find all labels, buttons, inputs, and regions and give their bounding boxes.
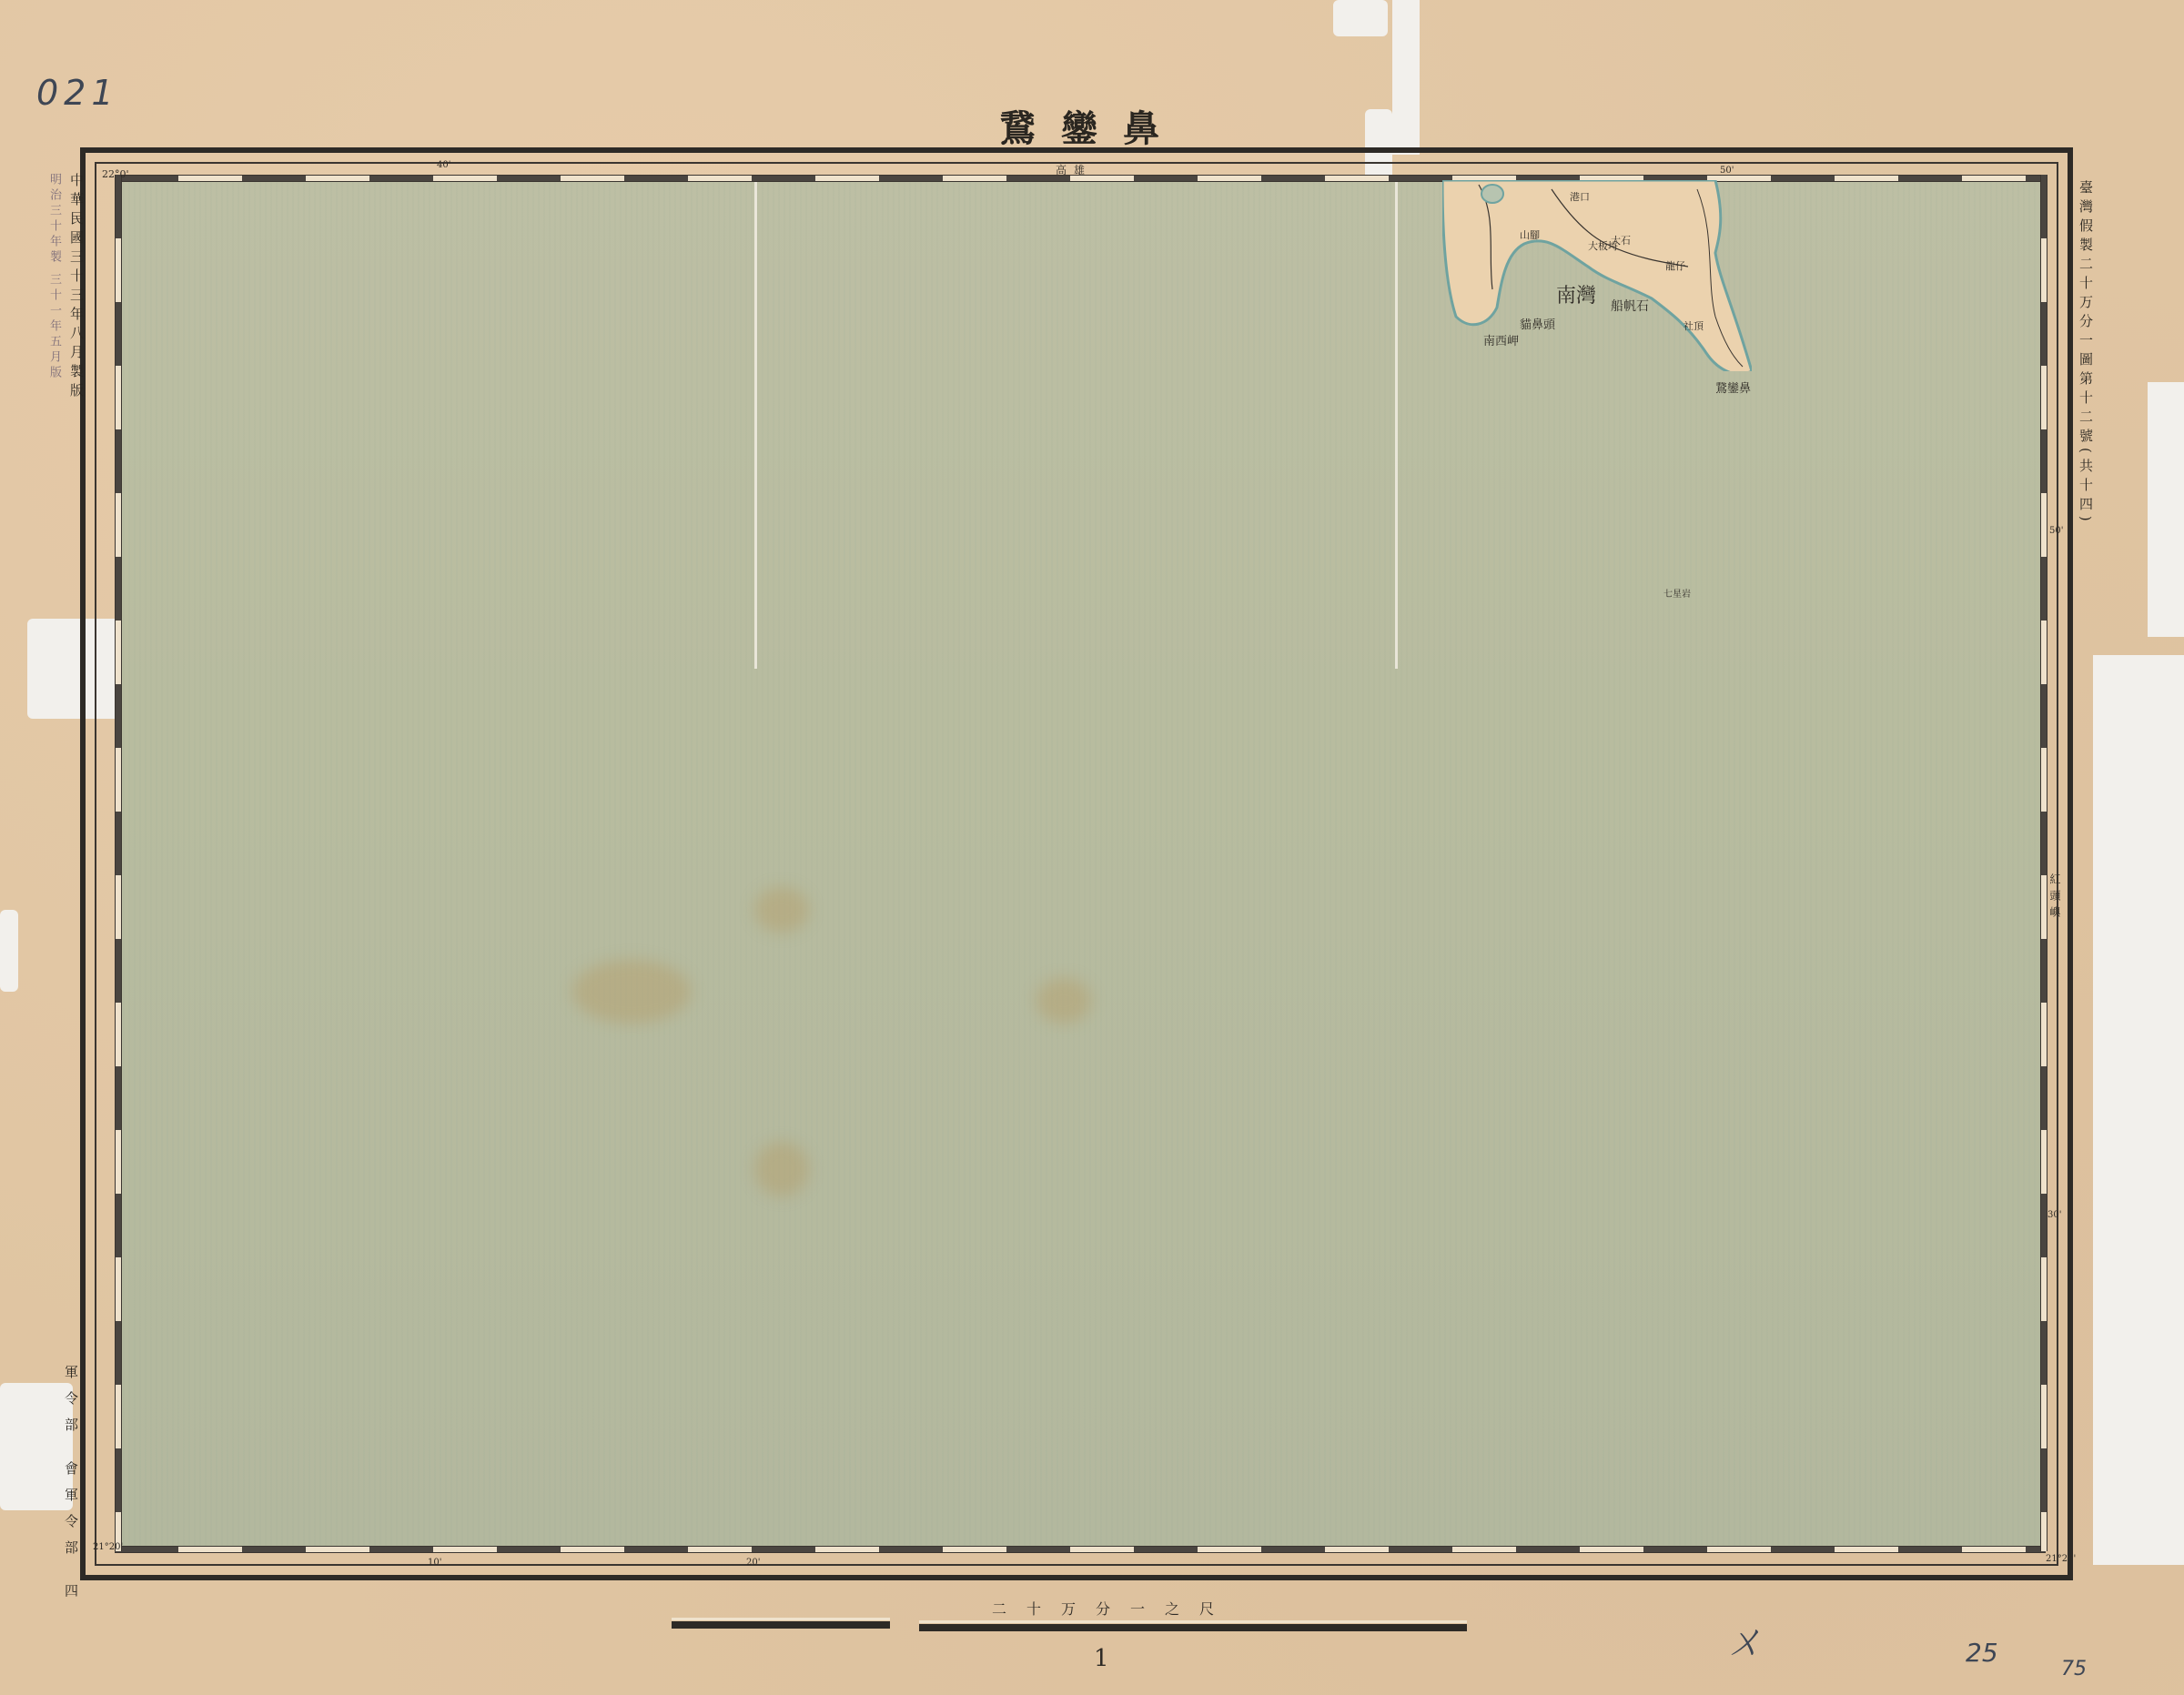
fold-crease	[1395, 177, 1398, 669]
place-label: 龍仔	[1665, 258, 1685, 273]
coord-top-mid: 40'	[437, 160, 450, 170]
pencil-annotation-bottom-2: 25	[1966, 1638, 1998, 1668]
coord-bottom-left: 21°20'	[93, 1542, 123, 1552]
edition-subtext: 明治三十年製 三十一年五月版	[45, 173, 63, 381]
page-mark: 1	[1094, 1645, 1109, 1672]
coord-top-left-lat: 22°0'	[102, 168, 129, 180]
island-label: 七星岩	[1663, 586, 1691, 600]
place-label: 山腳	[1520, 227, 1540, 242]
graticule-left	[115, 175, 122, 1551]
tear-right	[2093, 655, 2184, 1565]
edition-text: 中華民國三十三年八月製版	[67, 173, 86, 402]
coord-bottom-2: 20'	[746, 1558, 760, 1568]
graticule-right	[2040, 175, 2047, 1551]
map-area	[115, 175, 2046, 1551]
scale-bar-left	[672, 1621, 890, 1629]
place-label: 大石	[1611, 233, 1631, 247]
stain	[754, 887, 809, 933]
coord-right-lower: 30'	[2047, 1210, 2061, 1220]
coord-bottom-right: 21°20'	[2046, 1554, 2076, 1564]
stain	[754, 1142, 809, 1196]
place-label: 船帆石	[1611, 297, 1649, 315]
coord-bottom-1: 10'	[428, 1558, 441, 1568]
sheet-series: 臺灣假製二十万分一圖第十二號(共十四)	[2077, 180, 2096, 527]
tear-top-1	[1333, 0, 1388, 36]
tear-left-2	[0, 910, 18, 992]
tear-top-3	[1392, 0, 1420, 155]
place-label: 鵞鑾鼻	[1715, 378, 1751, 396]
pencil-annotation-topleft: 021	[36, 73, 119, 113]
tear-right-top	[2148, 382, 2184, 637]
coord-right-upper: 50'	[2049, 526, 2063, 536]
adjacent-sheet-east: 紅頭嶼	[2047, 873, 2063, 923]
map-title: 鵞鑾鼻	[992, 100, 1192, 152]
publisher-text: 軍令部 會軍令部 四	[62, 1365, 81, 1610]
fold-crease	[754, 177, 757, 669]
place-label: 社頂	[1683, 318, 1704, 333]
place-label: 南西岬	[1483, 331, 1519, 348]
scale-bar-right	[919, 1624, 1467, 1631]
stain	[572, 960, 691, 1024]
graticule-bottom	[115, 1546, 2046, 1553]
scale-bar-fill	[672, 1618, 890, 1620]
graticule-top	[115, 175, 2046, 182]
place-label: 南灣	[1556, 280, 1596, 308]
pencil-annotation-bottom-1: ㄨ	[1724, 1609, 1764, 1667]
place-label: 港口	[1570, 189, 1590, 204]
scale-bar-fill	[919, 1620, 1467, 1623]
place-label: 貓鼻頭	[1520, 315, 1555, 332]
pencil-annotation-bottom-3: 75	[2061, 1658, 2087, 1680]
coord-top-right: 50'	[1720, 166, 1734, 176]
scale-label: 二十万分一之尺	[992, 1598, 1234, 1619]
stain	[1036, 978, 1091, 1024]
